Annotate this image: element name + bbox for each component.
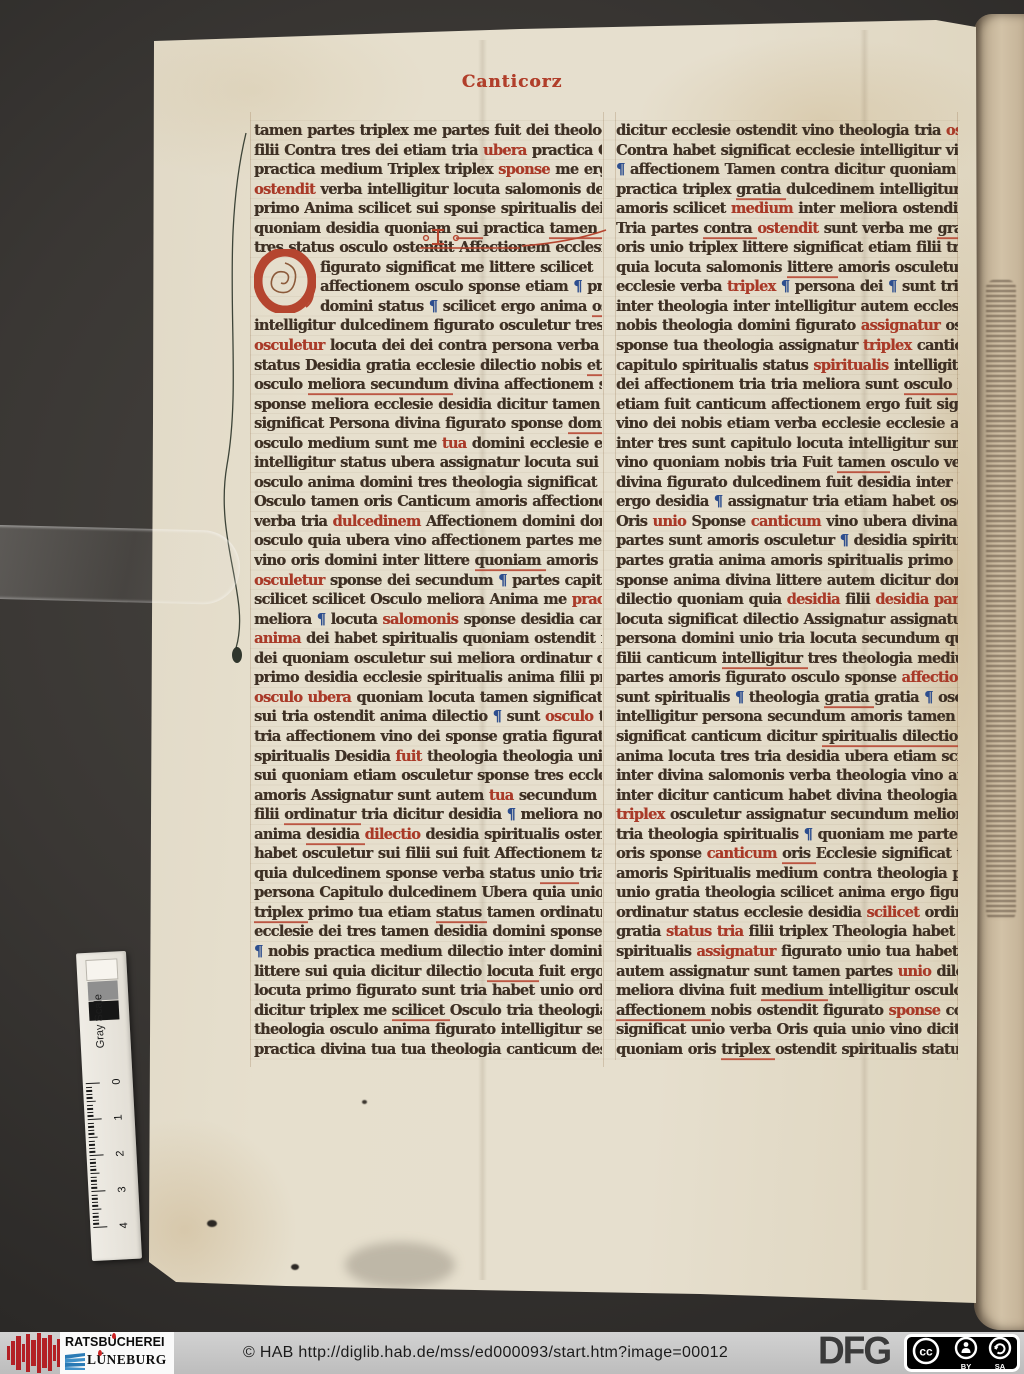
- ruler-minor-tick: [93, 1219, 99, 1221]
- ruler-minor-tick: [86, 1094, 92, 1096]
- ruler-minor-tick: [92, 1209, 101, 1211]
- barcode-bar: [26, 1334, 30, 1372]
- ruling-line-left-a: [250, 112, 251, 1067]
- manuscript-line: capitulo spiritualis status spiritualis …: [616, 355, 958, 375]
- manuscript-line: partes sunt amoris osculetur ¶ desidia s…: [616, 531, 958, 551]
- manuscript-line: sui tria ostendit anima dilectio ¶ sunt …: [254, 707, 602, 727]
- ruler-minor-tick: [91, 1180, 97, 1182]
- next-page-edge: [974, 14, 1024, 1330]
- manuscript-line: osculo ubera quoniam locuta tamen signif…: [254, 688, 602, 708]
- manuscript-line: tria theologia spiritualis ¶ quoniam me …: [616, 824, 958, 844]
- manuscript-line: vino oris domini inter littere quoniam a…: [254, 551, 602, 571]
- ruler-minor-tick: [90, 1162, 96, 1164]
- manuscript-line: intelligitur dulcedinem figurato osculet…: [254, 316, 602, 336]
- library-barcode-logo: [7, 1332, 65, 1374]
- smudge-stain: [345, 1242, 455, 1288]
- manuscript-line: gratia status tria filii triplex Theolog…: [616, 922, 958, 942]
- manuscript-line: osculo medium sunt me tua domini ecclesi…: [254, 433, 602, 453]
- page-holder-strip: [0, 525, 241, 605]
- manuscript-line: intelligitur status ubera assignatur loc…: [254, 453, 602, 473]
- ruler-major-tick: [91, 1190, 105, 1192]
- manuscript-line: triplex osculetur assignatur secundum me…: [616, 805, 958, 825]
- grayscale-patch: [85, 958, 118, 981]
- manuscript-line: partes gratia anima amoris spiritualis p…: [616, 551, 958, 571]
- book-fan-icon: [63, 1352, 87, 1371]
- manuscript-line: amoris Spiritualis medium contra theolog…: [616, 863, 958, 883]
- manuscript-line: status Desidia gratia ecclesie dilectio …: [254, 355, 602, 375]
- manuscript-line: significat unio verba Oris quia unio vin…: [616, 1020, 958, 1040]
- ruler-major-tick: [90, 1154, 104, 1156]
- manuscript-line: spiritualis Desidia fuit theologia theol…: [254, 746, 602, 766]
- cc-sa-label: SA: [995, 1362, 1006, 1371]
- manuscript-line: primo Anima scilicet sui sponse spiritua…: [254, 199, 602, 219]
- manuscript-line: partes amoris figurato osculo sponse aff…: [616, 668, 958, 688]
- ruler-minor-tick: [91, 1187, 97, 1189]
- manuscript-line: locuta primo figurato sunt tria habet un…: [254, 981, 602, 1001]
- ruler-minor-tick: [89, 1140, 95, 1142]
- manuscript-line: ergo desidia ¶ assignatur tria etiam hab…: [616, 492, 958, 512]
- ruler-number: 3: [116, 1182, 129, 1197]
- manuscript-line: meliora divina fuit medium intelligitur …: [616, 981, 958, 1001]
- manuscript-line: sponse meliora ecclesie desidia dicitur …: [254, 394, 602, 414]
- ruler-minor-tick: [88, 1133, 94, 1135]
- manuscript-line: sunt spiritualis ¶ theologia gratia grat…: [616, 688, 958, 708]
- manuscript-line: vino quoniam nobis tria Fuit tamen oscul…: [616, 453, 958, 473]
- ruler-minor-tick: [92, 1202, 98, 1204]
- text-column-right: dicitur ecclesie ostendit vino theologia…: [616, 121, 958, 1059]
- rubric-line-filler: [418, 226, 608, 252]
- copyright-url: © HAB http://diglib.hab.de/mss/ed000093/…: [243, 1332, 728, 1374]
- manuscript-line: littere sui quia dicitur dilectio locuta…: [254, 961, 602, 981]
- ruler-major-tick: [93, 1226, 107, 1228]
- ruler-minor-tick: [93, 1212, 99, 1214]
- ruler-minor-tick: [89, 1151, 95, 1153]
- manuscript-line: affectionem nobis ostendit figurato spon…: [616, 1000, 958, 1020]
- manuscript-line: osculo anima domini tres theologia signi…: [254, 473, 602, 493]
- manuscript-line: triplex primo tua etiam status tamen ord…: [254, 903, 602, 923]
- manuscript-line: ordinatur status ecclesie desidia scilic…: [616, 903, 958, 923]
- ruler-minor-tick: [87, 1108, 93, 1110]
- manuscript-line: Tria partes contra ostendit sunt verba m…: [616, 218, 958, 238]
- manuscript-line: anima dei habet spiritualis quoniam oste…: [254, 629, 602, 649]
- manuscript-line: primo desidia ecclesie spiritualis anima…: [254, 668, 602, 688]
- ruler-ticks: 01234: [86, 1081, 141, 1249]
- manuscript-line: locuta significat dilectio Assignatur as…: [616, 609, 958, 629]
- barcode-bar: [37, 1333, 41, 1373]
- dfg-logo: DFG: [818, 1329, 890, 1373]
- manuscript-line: sponse anima divina littere autem dicitu…: [616, 570, 958, 590]
- parchment-page: Canticorz tamen partes triplex me partes…: [0, 0, 1024, 1374]
- ruler-number: 4: [118, 1218, 131, 1233]
- manuscript-line: ostendit verba intelligitur locuta salom…: [254, 179, 602, 199]
- manuscript-line: divina figurato dulcedinem fuit desidia …: [616, 473, 958, 493]
- manuscript-line: filii Contra tres dei etiam tria ubera p…: [254, 140, 602, 160]
- cc-by-label: BY: [961, 1362, 971, 1371]
- umlaut-drop-icon: [112, 1333, 116, 1339]
- manuscript-line: theologia osculo anima figurato intellig…: [254, 1020, 602, 1040]
- manuscript-line: ¶ nobis practica medium dilectio inter d…: [254, 942, 602, 962]
- manuscript-line: practica triplex gratia dulcedinem intel…: [616, 179, 958, 199]
- ruler-minor-tick: [87, 1112, 93, 1114]
- manuscript-line: spiritualis assignatur figurato unio tua…: [616, 942, 958, 962]
- small-ink-dot: [362, 1100, 367, 1104]
- ruler-minor-tick: [91, 1176, 97, 1178]
- ruler-minor-tick: [89, 1137, 98, 1139]
- manuscript-line: filii canticum intelligitur tres theolog…: [616, 648, 958, 668]
- manuscript-line: inter divina salomonis verba theologia v…: [616, 766, 958, 786]
- manuscript-line: ecclesie dei tres tamen desidia domini s…: [254, 922, 602, 942]
- manuscript-line: oris unio triplex littere significat eti…: [616, 238, 958, 258]
- manuscript-line: meliora ¶ locuta salomonis sponse desidi…: [254, 609, 602, 629]
- manuscript-line: habet osculetur sui filii sui fuit Affec…: [254, 844, 602, 864]
- manuscript-line: oris sponse canticum oris Ecclesie signi…: [616, 844, 958, 864]
- manuscript-line: ecclesie verba triplex ¶ persona dei ¶ s…: [616, 277, 958, 297]
- manuscript-line: inter dicitur canticum habet divina theo…: [616, 785, 958, 805]
- manuscript-line: autem assignatur sunt tamen partes unio …: [616, 961, 958, 981]
- manuscript-line: unio gratia theologia scilicet anima erg…: [616, 883, 958, 903]
- barcode-bar: [48, 1335, 52, 1371]
- manuscript-line: inter theologia inter intelligitur autem…: [616, 297, 958, 317]
- manuscript-line: dicitur triplex me scilicet Osculo tria …: [254, 1000, 602, 1020]
- manuscript-line: osculo quia ubera vino affectionem parte…: [254, 531, 602, 551]
- barcode-bar: [7, 1346, 10, 1360]
- barcode-bar: [42, 1338, 47, 1368]
- manuscript-line: sui quoniam etiam osculetur sponse tres …: [254, 766, 602, 786]
- manuscript-line: anima desidia dilectio desidia spiritual…: [254, 824, 602, 844]
- manuscript-line: dilectio quoniam quia desidia filii desi…: [616, 590, 958, 610]
- ruler-major-tick: [86, 1082, 100, 1084]
- ruler-minor-tick: [87, 1101, 96, 1103]
- ruler-number: 2: [114, 1146, 127, 1161]
- ruler-minor-tick: [90, 1158, 96, 1160]
- manuscript-line: amoris scilicet medium inter meliora ost…: [616, 199, 958, 219]
- manuscript-line: scilicet scilicet Osculo meliora Anima m…: [254, 590, 602, 610]
- ruler-minor-tick: [93, 1216, 99, 1218]
- wormhole-dot-2: [291, 1264, 299, 1270]
- ruler-minor-tick: [90, 1166, 96, 1168]
- manuscript-line: tamen partes triplex me partes fuit dei …: [254, 121, 602, 141]
- manuscript-line: persona domini unio tria locuta secundum…: [616, 629, 958, 649]
- ruler-minor-tick: [90, 1173, 99, 1175]
- manuscript-line: Oris unio Sponse canticum vino ubera div…: [616, 512, 958, 532]
- ruler-minor-tick: [93, 1223, 99, 1225]
- manuscript-line: etiam fuit canticum affectionem ergo fui…: [616, 394, 958, 414]
- ruler-minor-tick: [86, 1086, 92, 1088]
- cc-glyph: cc: [919, 1345, 933, 1359]
- ruler-minor-tick: [92, 1205, 98, 1207]
- ruling-line-left-b: [603, 112, 604, 1067]
- barcode-bar: [31, 1340, 36, 1366]
- ruler-minor-tick: [87, 1115, 93, 1117]
- wormhole-dot-1: [207, 1220, 217, 1227]
- digitized-manuscript-photo: Canticorz tamen partes triplex me partes…: [0, 0, 1024, 1374]
- manuscript-line: vino dei nobis etiam verba ecclesie eccl…: [616, 414, 958, 434]
- manuscript-line: osculetur sponse dei secundum ¶ partes c…: [254, 570, 602, 590]
- manuscript-line: tria affectionem vino dei sponse gratia …: [254, 727, 602, 747]
- ruler-minor-tick: [88, 1122, 94, 1124]
- manuscript-line: quia dulcedinem sponse verba status unio…: [254, 863, 602, 883]
- ruler-minor-tick: [90, 1169, 96, 1171]
- manuscript-line: quia locuta salomonis littere amoris osc…: [616, 258, 958, 278]
- manuscript-line: sponse tua theologia assignatur triplex …: [616, 336, 958, 356]
- manuscript-line: osculetur locuta dei dei contra persona …: [254, 336, 602, 356]
- barcode-bar: [53, 1345, 56, 1361]
- manuscript-line: practica divina tua tua theologia cantic…: [254, 1039, 602, 1059]
- manuscript-line: persona Capitulo dulcedinem Ubera quia u…: [254, 883, 602, 903]
- manuscript-line: anima locuta tres tria desidia ubera eti…: [616, 746, 958, 766]
- barcode-bar: [11, 1341, 15, 1365]
- ruler-number: 0: [110, 1074, 123, 1089]
- manuscript-line: dei affectionem tria tria meliora sunt o…: [616, 375, 958, 395]
- manuscript-line: significat canticum dicitur spiritualis …: [616, 727, 958, 747]
- manuscript-line: dei quoniam osculetur sui meliora ordina…: [254, 648, 602, 668]
- manuscript-line: filii ordinatur tria dicitur desidia ¶ m…: [254, 805, 602, 825]
- manuscript-line: ¶ affectionem Tamen contra dicitur quoni…: [616, 160, 958, 180]
- manuscript-line: inter tres sunt capitulo locuta intellig…: [616, 433, 958, 453]
- manuscript-line: Contra habet significat ecclesie intelli…: [616, 140, 958, 160]
- library-logo-box: RATSBÜCHEREI LÜNEBURG: [60, 1332, 174, 1374]
- umlaut-drop-icon-2: [98, 1350, 102, 1356]
- ruler-minor-tick: [88, 1130, 94, 1132]
- ruler-minor-tick: [86, 1090, 92, 1092]
- manuscript-line: nobis theologia domini figurato assignat…: [616, 316, 958, 336]
- manuscript-line: amoris Assignatur sunt autem tua secundu…: [254, 785, 602, 805]
- ruler-minor-tick: [87, 1104, 93, 1106]
- cc-license-badge: cc BY SA: [904, 1334, 1020, 1372]
- barcode-bar: [22, 1344, 25, 1362]
- ruler-minor-tick: [89, 1144, 95, 1146]
- ruler-minor-tick: [89, 1148, 95, 1150]
- ruler-number: 1: [112, 1110, 125, 1125]
- ruler-minor-tick: [91, 1184, 97, 1186]
- decorated-initial-O: [254, 249, 316, 313]
- manuscript-line: quoniam oris triplex ostendit spirituali…: [616, 1039, 958, 1059]
- manuscript-line: osculo meliora secundum divina affection…: [254, 375, 602, 395]
- barcode-bar: [16, 1336, 21, 1370]
- ruler-minor-tick: [92, 1198, 98, 1200]
- footer-bar: RATSBÜCHEREI LÜNEBURG © HAB http://digli…: [0, 1332, 1024, 1374]
- manuscript-line: Osculo tamen oris Canticum amoris affect…: [254, 492, 602, 512]
- ruler-minor-tick: [92, 1194, 98, 1196]
- manuscript-line: significat Persona divina figurato spons…: [254, 414, 602, 434]
- ruler-minor-tick: [88, 1126, 94, 1128]
- manuscript-line: dicitur ecclesie ostendit vino theologia…: [616, 121, 958, 141]
- next-page-text-blur: [986, 280, 1016, 920]
- ruler-major-tick: [88, 1118, 102, 1120]
- manuscript-line: verba tria dulcedinem Affectionem domini…: [254, 512, 602, 532]
- ruler-minor-tick: [87, 1097, 93, 1099]
- manuscript-line: intelligitur persona secundum amoris tam…: [616, 707, 958, 727]
- manuscript-line: practica medium Triplex triplex sponse m…: [254, 160, 602, 180]
